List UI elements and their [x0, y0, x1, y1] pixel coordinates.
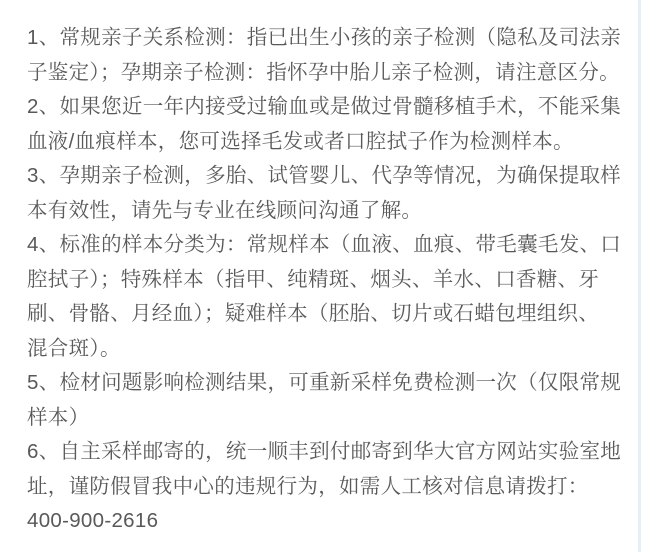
scrollbar-track[interactable] [638, 0, 641, 552]
notice-item-6: 6、自主采样邮寄的，统一顺丰到付邮寄到华大官方网站实验室地 址，谨防假冒我中心的… [27, 435, 638, 539]
notice-item-3: 3、孕期亲子检测，多胎、试管婴儿、代孕等情况，为确保提取样 本有效性，请先与专业… [27, 159, 638, 228]
notice-item-5: 5、检材问题影响检测结果，可重新采样免费检测一次（仅限常规 样本） [27, 366, 638, 435]
notice-item-1: 1、常规亲子关系检测：指已出生小孩的亲子检测（隐私及司法亲 子鉴定）；孕期亲子检… [27, 21, 638, 90]
notice-text-block: 1、常规亲子关系检测：指已出生小孩的亲子检测（隐私及司法亲 子鉴定）；孕期亲子检… [0, 0, 646, 539]
notice-item-4: 4、标准的样本分类为：常规样本（血液、血痕、带毛囊毛发、口 腔拭子）；特殊样本（… [27, 228, 638, 366]
notice-item-2: 2、如果您近一年内接受过输血或是做过骨髓移植手术，不能采集 血液/血痕样本，您可… [27, 90, 638, 159]
notice-panel: 1、常规亲子关系检测：指已出生小孩的亲子检测（隐私及司法亲 子鉴定）；孕期亲子检… [0, 0, 646, 552]
